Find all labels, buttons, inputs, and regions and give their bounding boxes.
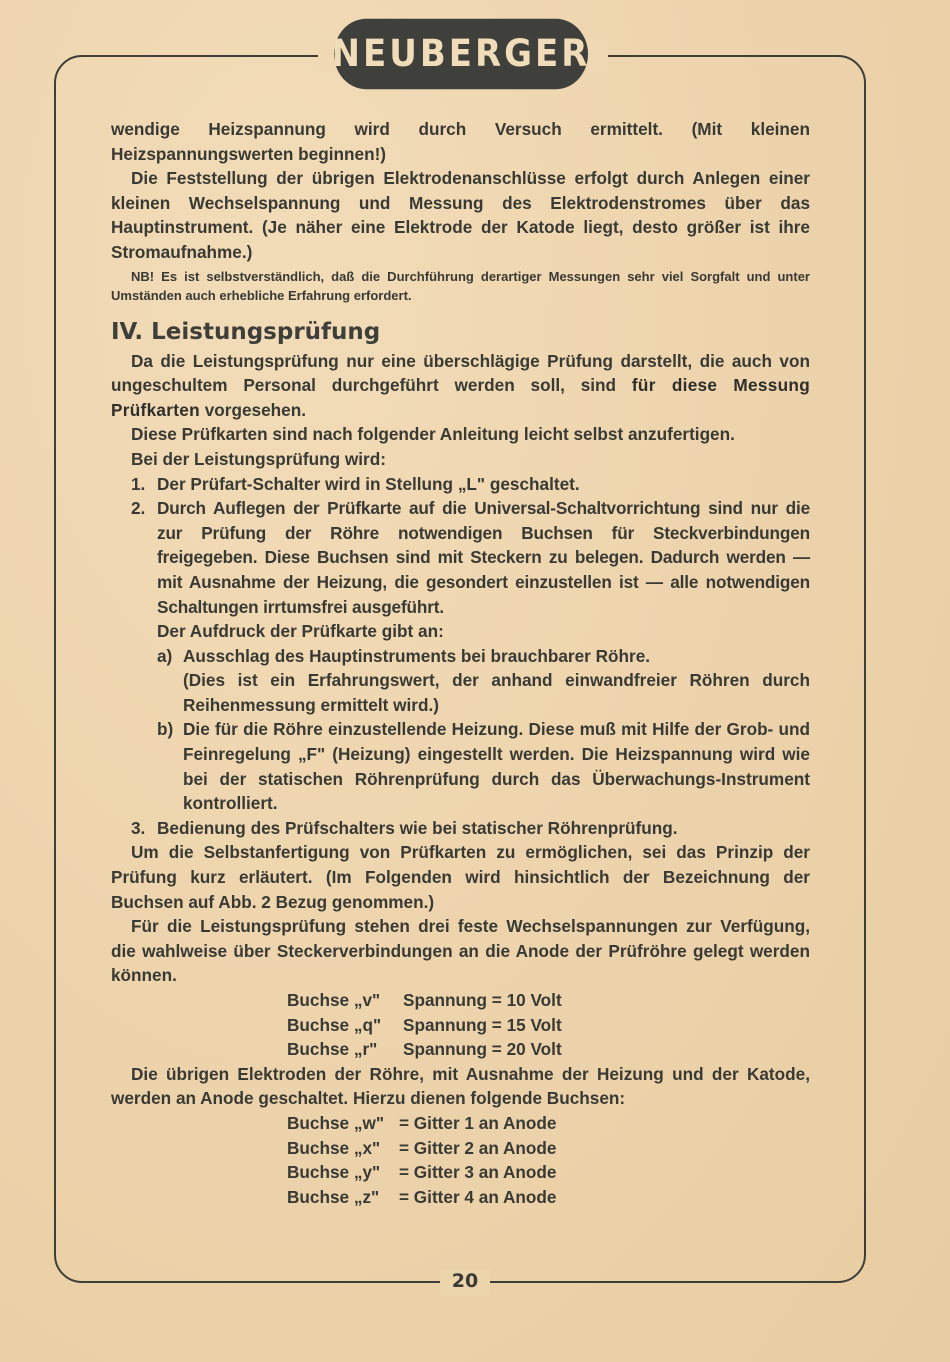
page-content: wendige Heizspannung wird durch Versuch … [111,117,810,1209]
sub-item-note: (Dies ist ein Erfahrungswert, der anhand… [183,668,810,717]
sub-item: b) Die für die Röhre einzustellende Heiz… [157,717,810,815]
voltage-value: Spannung = 15 Volt [403,1013,562,1038]
step-text: Bedienung des Prüfschalters wie bei stat… [157,816,810,841]
grid-row: Buchse „z"= Gitter 4 an Anode [287,1185,810,1210]
step-item: 2. Durch Auflegen der Prüfkarte auf die … [131,496,810,816]
socket-label: Buchse „r" [287,1037,403,1062]
grid-value: = Gitter 1 an Anode [399,1111,556,1136]
voltage-value: Spannung = 20 Volt [403,1037,562,1062]
socket-label: Buchse „x" [287,1136,399,1161]
brand-logo: NEUBERGER [334,19,588,89]
grid-row: Buchse „x"= Gitter 2 an Anode [287,1136,810,1161]
socket-label: Buchse „q" [287,1013,403,1038]
step-number: 3. [131,816,157,841]
step-body: Durch Auflegen der Prüfkarte auf die Uni… [157,496,810,816]
grid-row: Buchse „w"= Gitter 1 an Anode [287,1111,810,1136]
step-text: Durch Auflegen der Prüfkarte auf die Uni… [157,496,810,619]
step-number: 2. [131,496,157,816]
voltage-row: Buchse „q"Spannung = 15 Volt [287,1013,810,1038]
intro-paragraph-1: wendige Heizspannung wird durch Versuch … [111,117,810,166]
socket-label: Buchse „w" [287,1111,399,1136]
intro-paragraph-2: Die Feststellung der übrigen Elektrodena… [111,166,810,264]
voltage-row: Buchse „v"Spannung = 10 Volt [287,988,810,1013]
sub-item-body: Ausschlag des Hauptinstruments bei brauc… [183,644,810,718]
step-subtitle: Der Aufdruck der Prüfkarte gibt an: [157,619,810,644]
sub-item-label: a) [157,644,183,718]
section-paragraph-3: Bei der Leistungsprüfung wird: [111,447,810,472]
sub-item: a) Ausschlag des Hauptinstruments bei br… [157,644,810,718]
grid-value: = Gitter 2 an Anode [399,1136,556,1161]
grid-row: Buchse „y"= Gitter 3 an Anode [287,1160,810,1185]
section-paragraph-2: Diese Prüfkarten sind nach folgender Anl… [111,422,810,447]
sub-item-body: Die für die Röhre einzustellende Heizung… [183,717,810,815]
sub-item-label: b) [157,717,183,815]
sub-item-text: Ausschlag des Hauptinstruments bei brauc… [183,644,810,669]
paragraph-text: vorgesehen. [200,400,306,420]
nb-text: Es ist selbstverständlich, daß die Durch… [111,269,810,303]
section-paragraph-1: Da die Leistungsprüfung nur eine übersch… [111,349,810,423]
step-text: Der Prüfart-Schalter wird in Stellung „L… [157,472,810,497]
section-title: IV. Leistungsprüfung [111,317,810,347]
grid-value: = Gitter 4 an Anode [399,1185,556,1210]
section-paragraph-5: Für die Leistungsprüfung stehen drei fes… [111,914,810,988]
step-item: 3. Bedienung des Prüfschalters wie bei s… [131,816,810,841]
step-number: 1. [131,472,157,497]
voltage-row: Buchse „r"Spannung = 20 Volt [287,1037,810,1062]
sub-item-text: Die für die Röhre einzustellende Heizung… [183,717,810,815]
voltage-table: Buchse „v"Spannung = 10 Volt Buchse „q"S… [287,988,810,1062]
nb-tag: NB! [131,269,154,284]
socket-label: Buchse „z" [287,1185,399,1210]
socket-label: Buchse „v" [287,988,403,1013]
grid-value: = Gitter 3 an Anode [399,1160,556,1185]
section-paragraph-4: Um die Selbstanfertigung von Prüfkarten … [111,840,810,914]
socket-label: Buchse „y" [287,1160,399,1185]
page-number: 20 [440,1270,490,1292]
grid-table: Buchse „w"= Gitter 1 an Anode Buchse „x"… [287,1111,810,1209]
nb-note: NB! Es ist selbstverständlich, daß die D… [111,267,810,305]
voltage-value: Spannung = 10 Volt [403,988,562,1013]
step-item: 1. Der Prüfart-Schalter wird in Stellung… [131,472,810,497]
section-paragraph-6: Die übrigen Elektroden der Röhre, mit Au… [111,1062,810,1111]
